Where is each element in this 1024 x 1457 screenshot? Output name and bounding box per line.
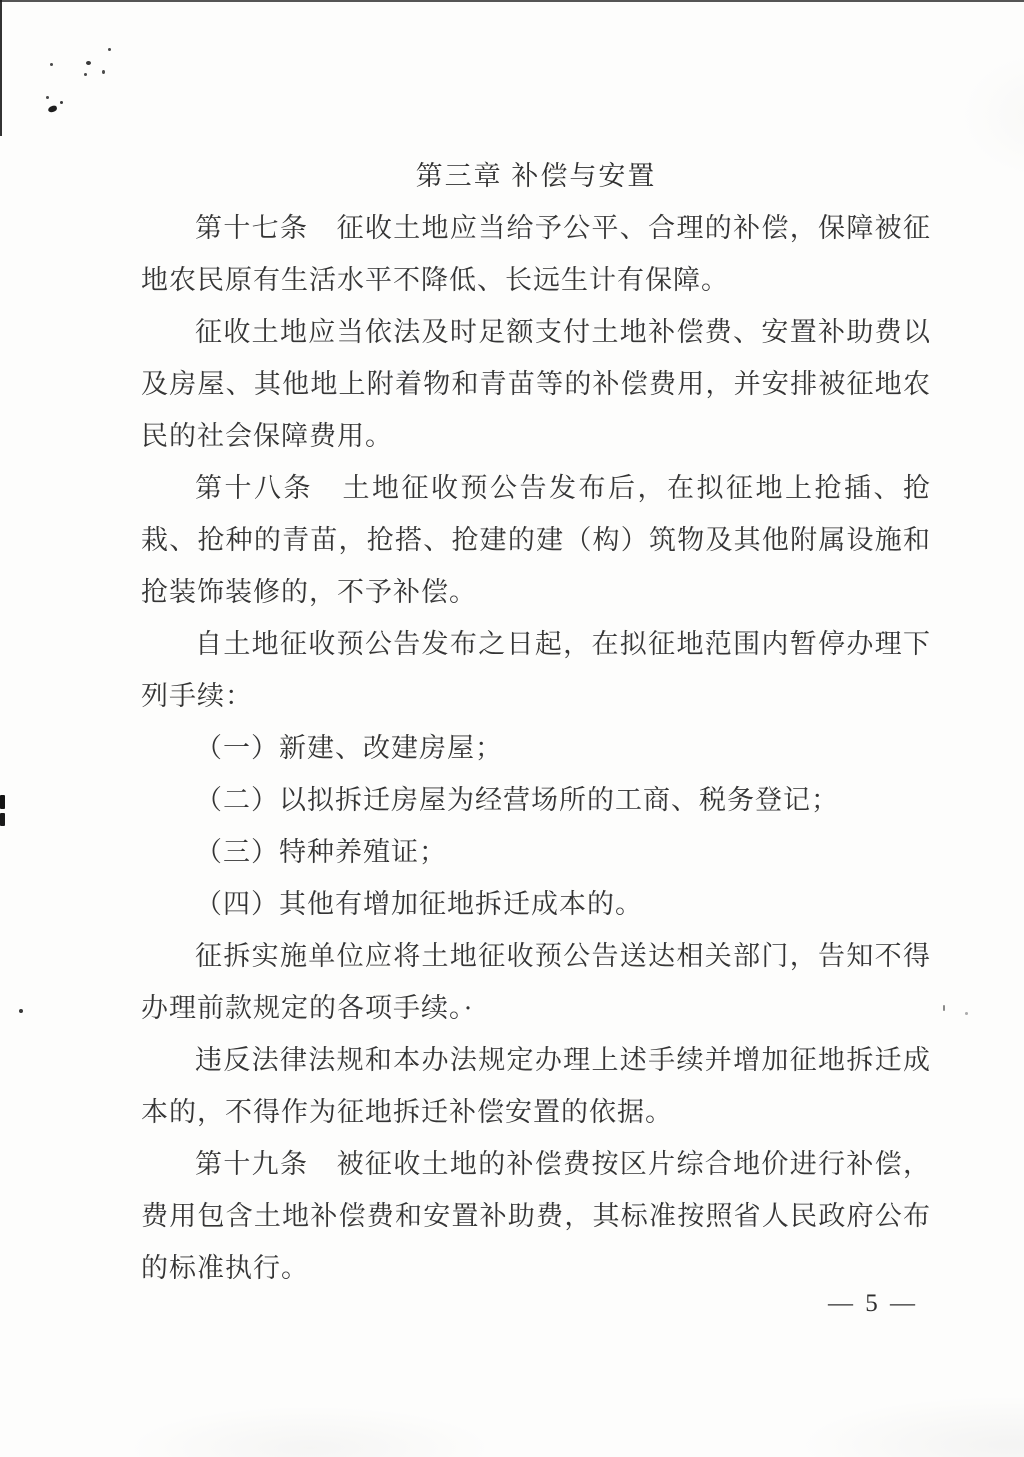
scan-speckle <box>86 61 91 65</box>
scan-speckle <box>60 101 63 104</box>
chapter-title: 第三章 补偿与安置 <box>141 150 931 202</box>
scan-blob-left <box>0 813 5 826</box>
list-item-1: （一）新建、改建房屋； <box>141 722 931 774</box>
paragraph-article-18: 第十八条 土地征收预公告发布后，在拟征地上抢插、抢栽、抢种的青苗，抢搭、抢建的建… <box>141 462 931 618</box>
document-page: 第三章 补偿与安置 第十七条 征收土地应当给予公平、合理的补偿，保障被征地农民原… <box>0 0 1024 1457</box>
page-number: — 5 — <box>828 1288 918 1320</box>
document-content: 第三章 补偿与安置 第十七条 征收土地应当给予公平、合理的补偿，保障被征地农民原… <box>141 150 931 1294</box>
scan-speckle <box>50 63 53 66</box>
list-item-2: （二）以拟拆迁房屋为经营场所的工商、税务登记； <box>141 774 931 826</box>
paragraph-article-17: 第十七条 征收土地应当给予公平、合理的补偿，保障被征地农民原有生活水平不降低、长… <box>141 202 931 306</box>
paragraph-article-18-clause: 自土地征收预公告发布之日起，在拟征地范围内暂停办理下列手续： <box>141 618 931 722</box>
paragraph-article-19: 第十九条 被征收土地的补偿费按区片综合地价进行补偿，费用包含土地补偿费和安置补助… <box>141 1138 931 1294</box>
scan-speckle <box>965 1012 968 1015</box>
scan-speckle <box>102 70 105 74</box>
scan-edge-left <box>0 0 2 136</box>
scan-edge-top <box>0 0 1024 2</box>
list-item-4: （四）其他有增加征地拆迁成本的。 <box>141 878 931 930</box>
list-item-3: （三）特种养殖证； <box>141 826 931 878</box>
scan-blob-left <box>0 795 5 809</box>
paragraph-violation-clause: 违反法律法规和本办法规定办理上述手续并增加征地拆迁成本的，不得作为征地拆迁补偿安… <box>141 1034 931 1138</box>
scan-speckle <box>943 1005 945 1011</box>
scan-speckle <box>84 73 87 76</box>
scan-speckle <box>108 48 111 51</box>
scan-speckle <box>19 1009 23 1013</box>
scan-speckle <box>46 96 49 99</box>
paragraph-notice-clause: 征拆实施单位应将土地征收预公告送达相关部门，告知不得办理前款规定的各项手续。· <box>141 930 931 1034</box>
paragraph-article-17-clause: 征收土地应当依法及时足额支付土地补偿费、安置补助费以及房屋、其他地上附着物和青苗… <box>141 306 931 462</box>
scan-speckle <box>47 105 57 113</box>
